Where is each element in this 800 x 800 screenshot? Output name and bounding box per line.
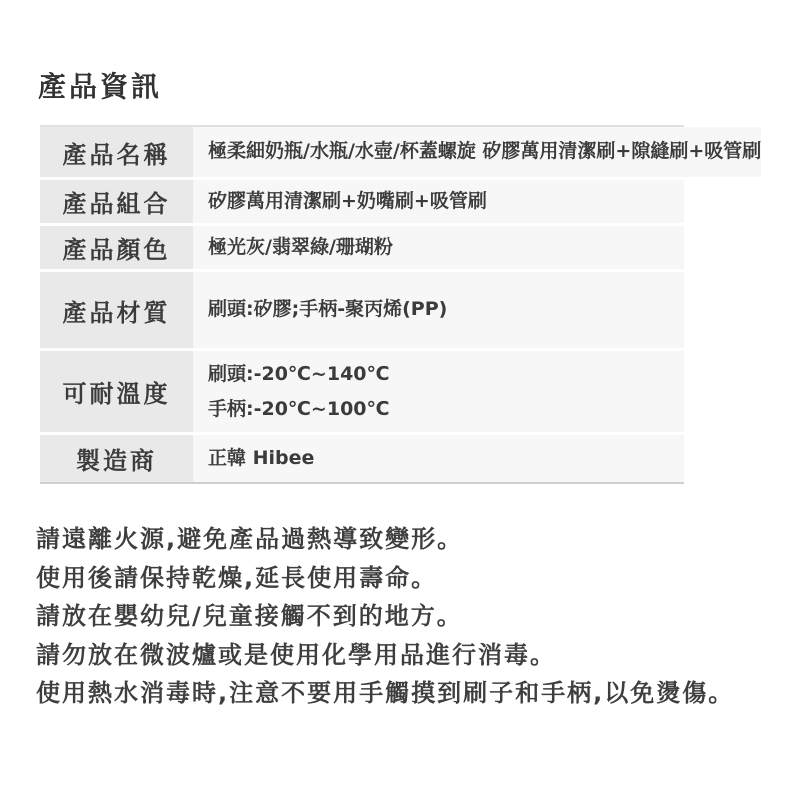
row-value-product-combo: 矽膠萬用清潔刷+奶嘴刷+吸管刷 <box>208 188 684 216</box>
note-line-dry: 使用後請保持乾燥,延長使用壽命。 <box>36 559 796 598</box>
note-line-fire: 請遠離火源,避免產品過熱導致變形。 <box>36 520 796 559</box>
row-value-product-color: 極光灰/翡翠綠/珊瑚粉 <box>208 234 684 262</box>
table-row-manufacturer: 製造商 正韓 Hibee <box>40 435 684 482</box>
note-line-microwave: 請勿放在微波爐或是使用化學用品進行消毒。 <box>36 636 796 675</box>
row-value-cell: 極光灰/翡翠綠/珊瑚粉 <box>193 226 684 269</box>
row-label-product-combo: 產品組合 <box>40 180 193 223</box>
table-row-product-material: 產品材質 刷頭:矽膠;手柄-聚丙烯(PP) <box>40 272 684 348</box>
table-row-product-name: 產品名稱 極柔細奶瓶/水瓶/水壺/杯蓋螺旋 矽膠萬用清潔刷+隙縫刷+吸管刷 <box>40 127 684 177</box>
product-info-table: 產品名稱 極柔細奶瓶/水瓶/水壺/杯蓋螺旋 矽膠萬用清潔刷+隙縫刷+吸管刷 產品… <box>40 125 684 484</box>
row-label-temperature: 可耐溫度 <box>40 351 193 432</box>
page-title: 產品資訊 <box>38 70 162 104</box>
table-row-product-combo: 產品組合 矽膠萬用清潔刷+奶嘴刷+吸管刷 <box>40 180 684 223</box>
row-value-cell: 刷頭:-20℃~140℃ 手柄:-20℃~100℃ <box>193 351 684 432</box>
row-value-cell: 極柔細奶瓶/水瓶/水壺/杯蓋螺旋 矽膠萬用清潔刷+隙縫刷+吸管刷 <box>193 127 761 177</box>
row-value-cell: 正韓 Hibee <box>193 435 684 482</box>
row-label-product-color: 產品顏色 <box>40 226 193 269</box>
row-label-manufacturer: 製造商 <box>40 435 193 482</box>
row-value-cell: 刷頭:矽膠;手柄-聚丙烯(PP) <box>193 272 684 348</box>
row-label-product-name: 產品名稱 <box>40 127 193 177</box>
table-row-temperature: 可耐溫度 刷頭:-20℃~140℃ 手柄:-20℃~100℃ <box>40 351 684 432</box>
product-info-page: 產品資訊 產品名稱 極柔細奶瓶/水瓶/水壺/杯蓋螺旋 矽膠萬用清潔刷+隙縫刷+吸… <box>0 0 800 800</box>
usage-notes: 請遠離火源,避免產品過熱導致變形。 使用後請保持乾燥,延長使用壽命。 請放在嬰幼… <box>36 520 796 713</box>
row-label-product-material: 產品材質 <box>40 272 193 348</box>
note-line-children: 請放在嬰幼兒/兒童接觸不到的地方。 <box>36 597 796 636</box>
row-value-temperature-head: 刷頭:-20℃~140℃ <box>208 357 684 392</box>
note-line-hot-water: 使用熱水消毒時,注意不要用手觸摸到刷子和手柄,以免燙傷。 <box>36 674 796 713</box>
row-value-product-material: 刷頭:矽膠;手柄-聚丙烯(PP) <box>208 296 684 324</box>
row-value-temperature-handle: 手柄:-20℃~100℃ <box>208 392 684 427</box>
row-value-cell: 矽膠萬用清潔刷+奶嘴刷+吸管刷 <box>193 180 684 223</box>
table-row-product-color: 產品顏色 極光灰/翡翠綠/珊瑚粉 <box>40 226 684 269</box>
row-value-product-name: 極柔細奶瓶/水瓶/水壺/杯蓋螺旋 矽膠萬用清潔刷+隙縫刷+吸管刷 <box>208 138 761 166</box>
row-value-manufacturer: 正韓 Hibee <box>208 445 684 473</box>
